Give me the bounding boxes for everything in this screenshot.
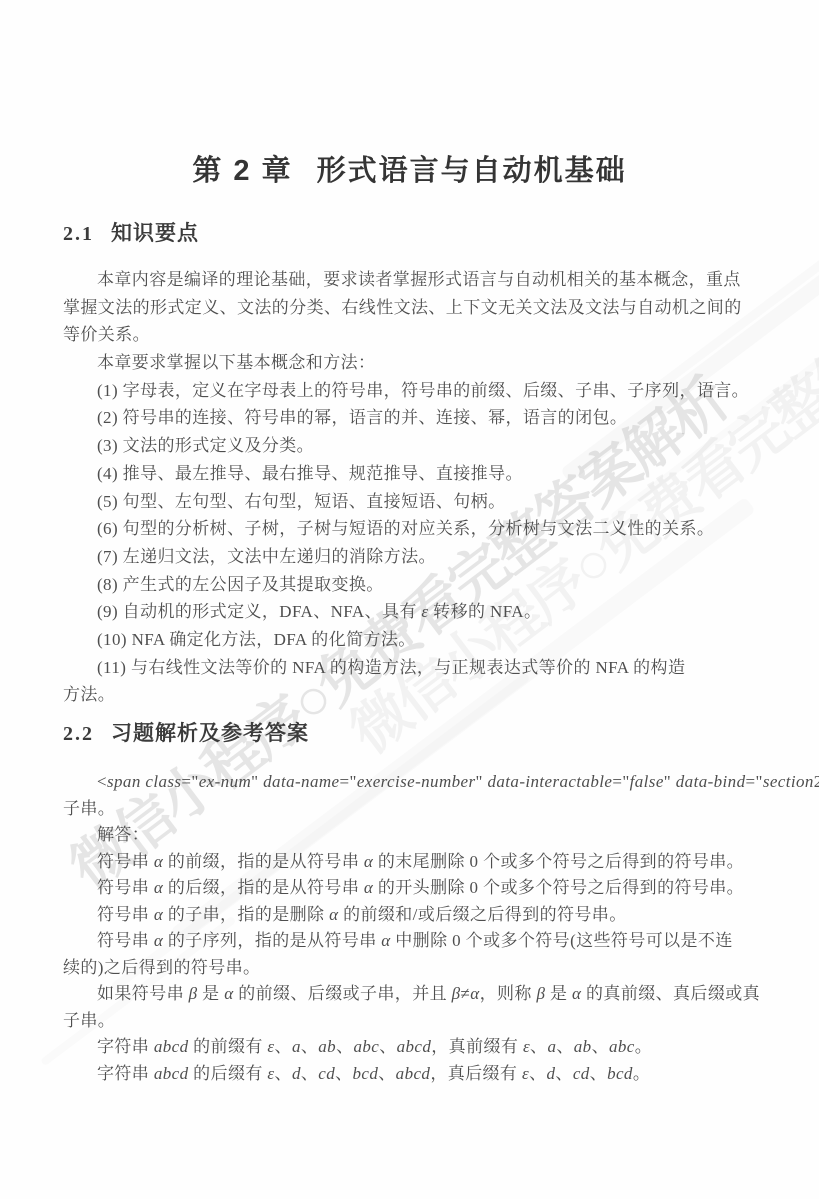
knowledge-point-6: (6) 句型的分析树、子树，子树与短语的对应关系，分析树与文法二义性的关系。 — [63, 515, 763, 543]
textbook-page: 微信小程序○免费看完整答案解析 微信小程序○免费看完整答案解析 第 2 章形式语… — [0, 0, 819, 1199]
definition-prefix: 符号串 α 的前缀，指的是从符号串 α 的末尾删除 0 个或多个符号之后得到的符… — [63, 849, 763, 876]
section-2-1-body: 本章内容是编译的理论基础，要求读者掌握形式语言与自动机相关的基本概念，重点 掌握… — [63, 266, 763, 709]
knowledge-point-8: (8) 产生式的左公因子及其提取变换。 — [63, 571, 763, 599]
knowledge-point-7: (7) 左递归文法，文法中左递归的消除方法。 — [63, 543, 763, 571]
knowledge-point-10: (10) NFA 确定化方法，DFA 的化简方法。 — [63, 626, 763, 654]
text-line: 掌握文法的形式定义、文法的分类、右线性文法、上下文无关文法及文法与自动机之间的 — [63, 294, 763, 322]
knowledge-point-9: (9) 自动机的形式定义，DFA、NFA、具有 ε 转移的 NFA。 — [63, 598, 763, 626]
knowledge-point-2: (2) 符号串的连接、符号串的幂，语言的并、连接、幂，语言的闭包。 — [63, 404, 763, 432]
text-line: 等价关系。 — [63, 321, 763, 349]
text-line: 子串。 — [63, 796, 763, 823]
section-2-2-body: <span class="ex-num" data-name="exercise… — [63, 769, 763, 1087]
definition-proper: 如果符号串 β 是 α 的前缀、后缀或子串，并且 β≠α，则称 β 是 α 的真… — [63, 981, 763, 1008]
section-number: 2.1 — [63, 223, 94, 246]
knowledge-point-11: (11) 与右线性文法等价的 NFA 的构造方法，与正规表达式等价的 NFA 的… — [63, 654, 763, 682]
exercise-statement: <span class="ex-num" data-name="exercise… — [63, 769, 763, 796]
text-line: 本章要求掌握以下基本概念和方法： — [63, 349, 763, 377]
solution-label: 解答： — [63, 822, 763, 849]
knowledge-point-5: (5) 句型、左句型、右句型，短语、直接短语、句柄。 — [63, 488, 763, 516]
knowledge-point-4: (4) 推导、最左推导、最右推导、规范推导、直接推导。 — [63, 460, 763, 488]
section-heading-2-1: 2.1知识要点 — [63, 217, 199, 247]
chapter-number: 第 2 章 — [192, 155, 292, 187]
text-line: 子串。 — [63, 1008, 763, 1035]
text-line: 方法。 — [63, 681, 763, 709]
definition-suffix: 符号串 α 的后缀，指的是从符号串 α 的开头删除 0 个或多个符号之后得到的符… — [63, 875, 763, 902]
definition-subsequence: 符号串 α 的子序列，指的是从符号串 α 中删除 0 个或多个符号(这些符号可以… — [63, 928, 763, 955]
section-number: 2.2 — [63, 723, 94, 746]
chapter-title: 第 2 章形式语言与自动机基础 — [0, 148, 819, 189]
section-title: 知识要点 — [111, 221, 199, 245]
knowledge-point-1: (1) 字母表，定义在字母表上的符号串，符号串的前缀、后缀、子串、子序列，语言。 — [63, 377, 763, 405]
section-title: 习题解析及参考答案 — [111, 721, 309, 745]
text-line: 本章内容是编译的理论基础，要求读者掌握形式语言与自动机相关的基本概念，重点 — [63, 266, 763, 294]
answer-prefixes: 字符串 abcd 的前缀有 ε、a、ab、abc、abcd，真前缀有 ε、a、a… — [63, 1034, 763, 1061]
definition-substring: 符号串 α 的子串，指的是删除 α 的前缀和/或后缀之后得到的符号串。 — [63, 902, 763, 929]
chapter-title-text: 形式语言与自动机基础 — [317, 155, 627, 187]
text-line: 续的)之后得到的符号串。 — [63, 955, 763, 982]
section-heading-2-2: 2.2习题解析及参考答案 — [63, 717, 309, 747]
answer-suffixes: 字符串 abcd 的后缀有 ε、d、cd、bcd、abcd，真后缀有 ε、d、c… — [63, 1061, 763, 1088]
knowledge-point-3: (3) 文法的形式定义及分类。 — [63, 432, 763, 460]
